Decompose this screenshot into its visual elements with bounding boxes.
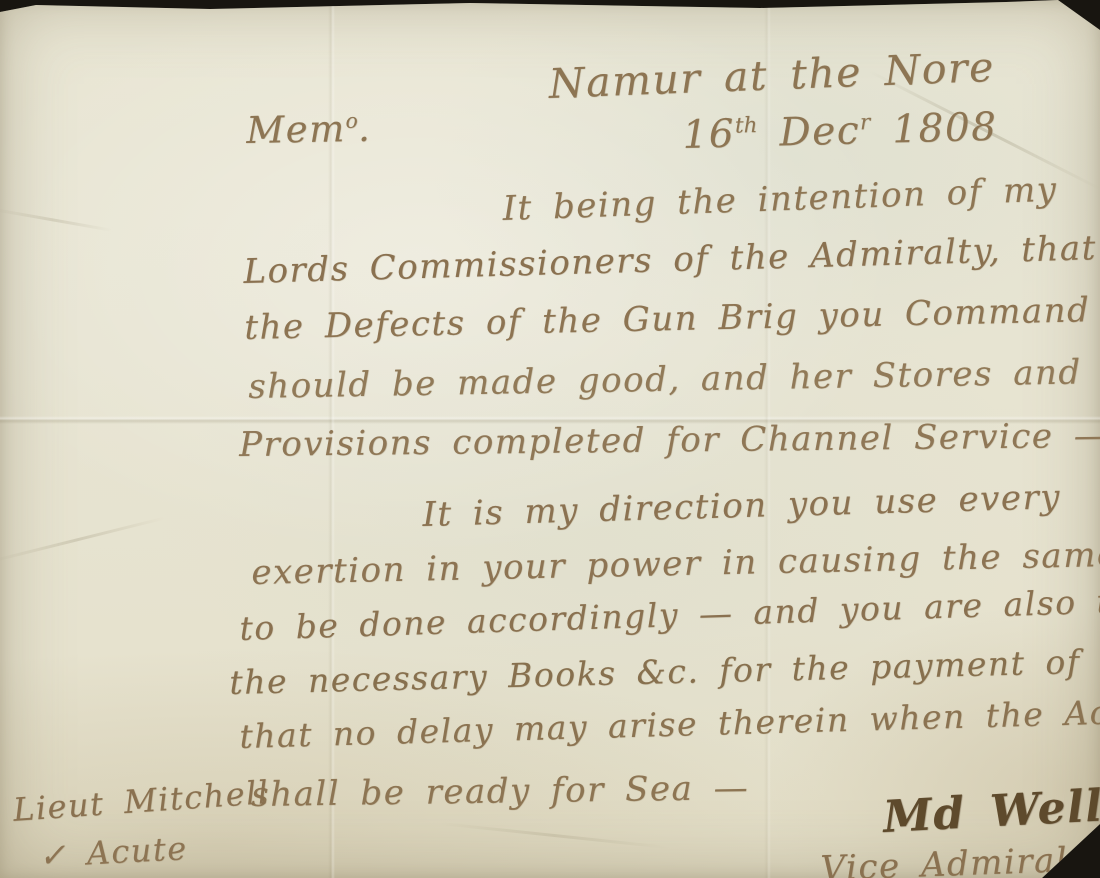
letter-body-line: the necessary Books &c. for the payment … — [229, 640, 1100, 699]
letter-body-line: the Defects of the Gun Brig you Command — [244, 293, 1091, 345]
signature-title: Vice Admiral — [820, 843, 1069, 878]
letter-place-heading: Namur at the Nore — [548, 47, 996, 105]
date-day-suffix: th — [735, 113, 758, 139]
letter-body-line: It is my direction you use every — [422, 480, 1061, 532]
memo-superscript: o — [345, 109, 358, 133]
date-year: 1808 — [892, 105, 998, 153]
letter-body-line: exertion in your power in causing the sa… — [251, 538, 1100, 590]
diagonal-crease — [0, 516, 165, 562]
addressee-name: Lieut Mitchell — [12, 776, 270, 826]
date-month: Dec — [779, 108, 861, 155]
signature-name: Md Wells — [882, 783, 1100, 840]
letter-body-line: that no delay may arise therein when the… — [239, 694, 1100, 753]
diagonal-crease — [0, 208, 112, 232]
addressee-ship: ✓ Acute — [38, 832, 188, 872]
memo-period: . — [358, 107, 372, 150]
memo-label: Memo. — [246, 110, 372, 149]
date-day: 16 — [682, 112, 736, 158]
letter-paper: Namur at the Nore 16th Decr 1808 Memo. I… — [0, 0, 1100, 878]
memo-base: Mem — [246, 107, 346, 152]
diagonal-crease — [440, 822, 669, 849]
letter-body-line: Provisions completed for Channel Service… — [239, 419, 1100, 462]
letter-body-line: shall be ready for Sea — — [251, 771, 749, 812]
date-month-suffix: r — [860, 110, 871, 135]
letter-date-heading: 16th Decr 1808 — [682, 108, 998, 155]
letter-body-line: Lords Commissioners of the Admiralty, th… — [243, 231, 1097, 289]
scanned-letter-view: Namur at the Nore 16th Decr 1808 Memo. I… — [0, 0, 1100, 878]
letter-body-line: It being the intention of my — [502, 173, 1058, 226]
letter-body-line: should be made good, and her Stores and — [248, 355, 1082, 404]
